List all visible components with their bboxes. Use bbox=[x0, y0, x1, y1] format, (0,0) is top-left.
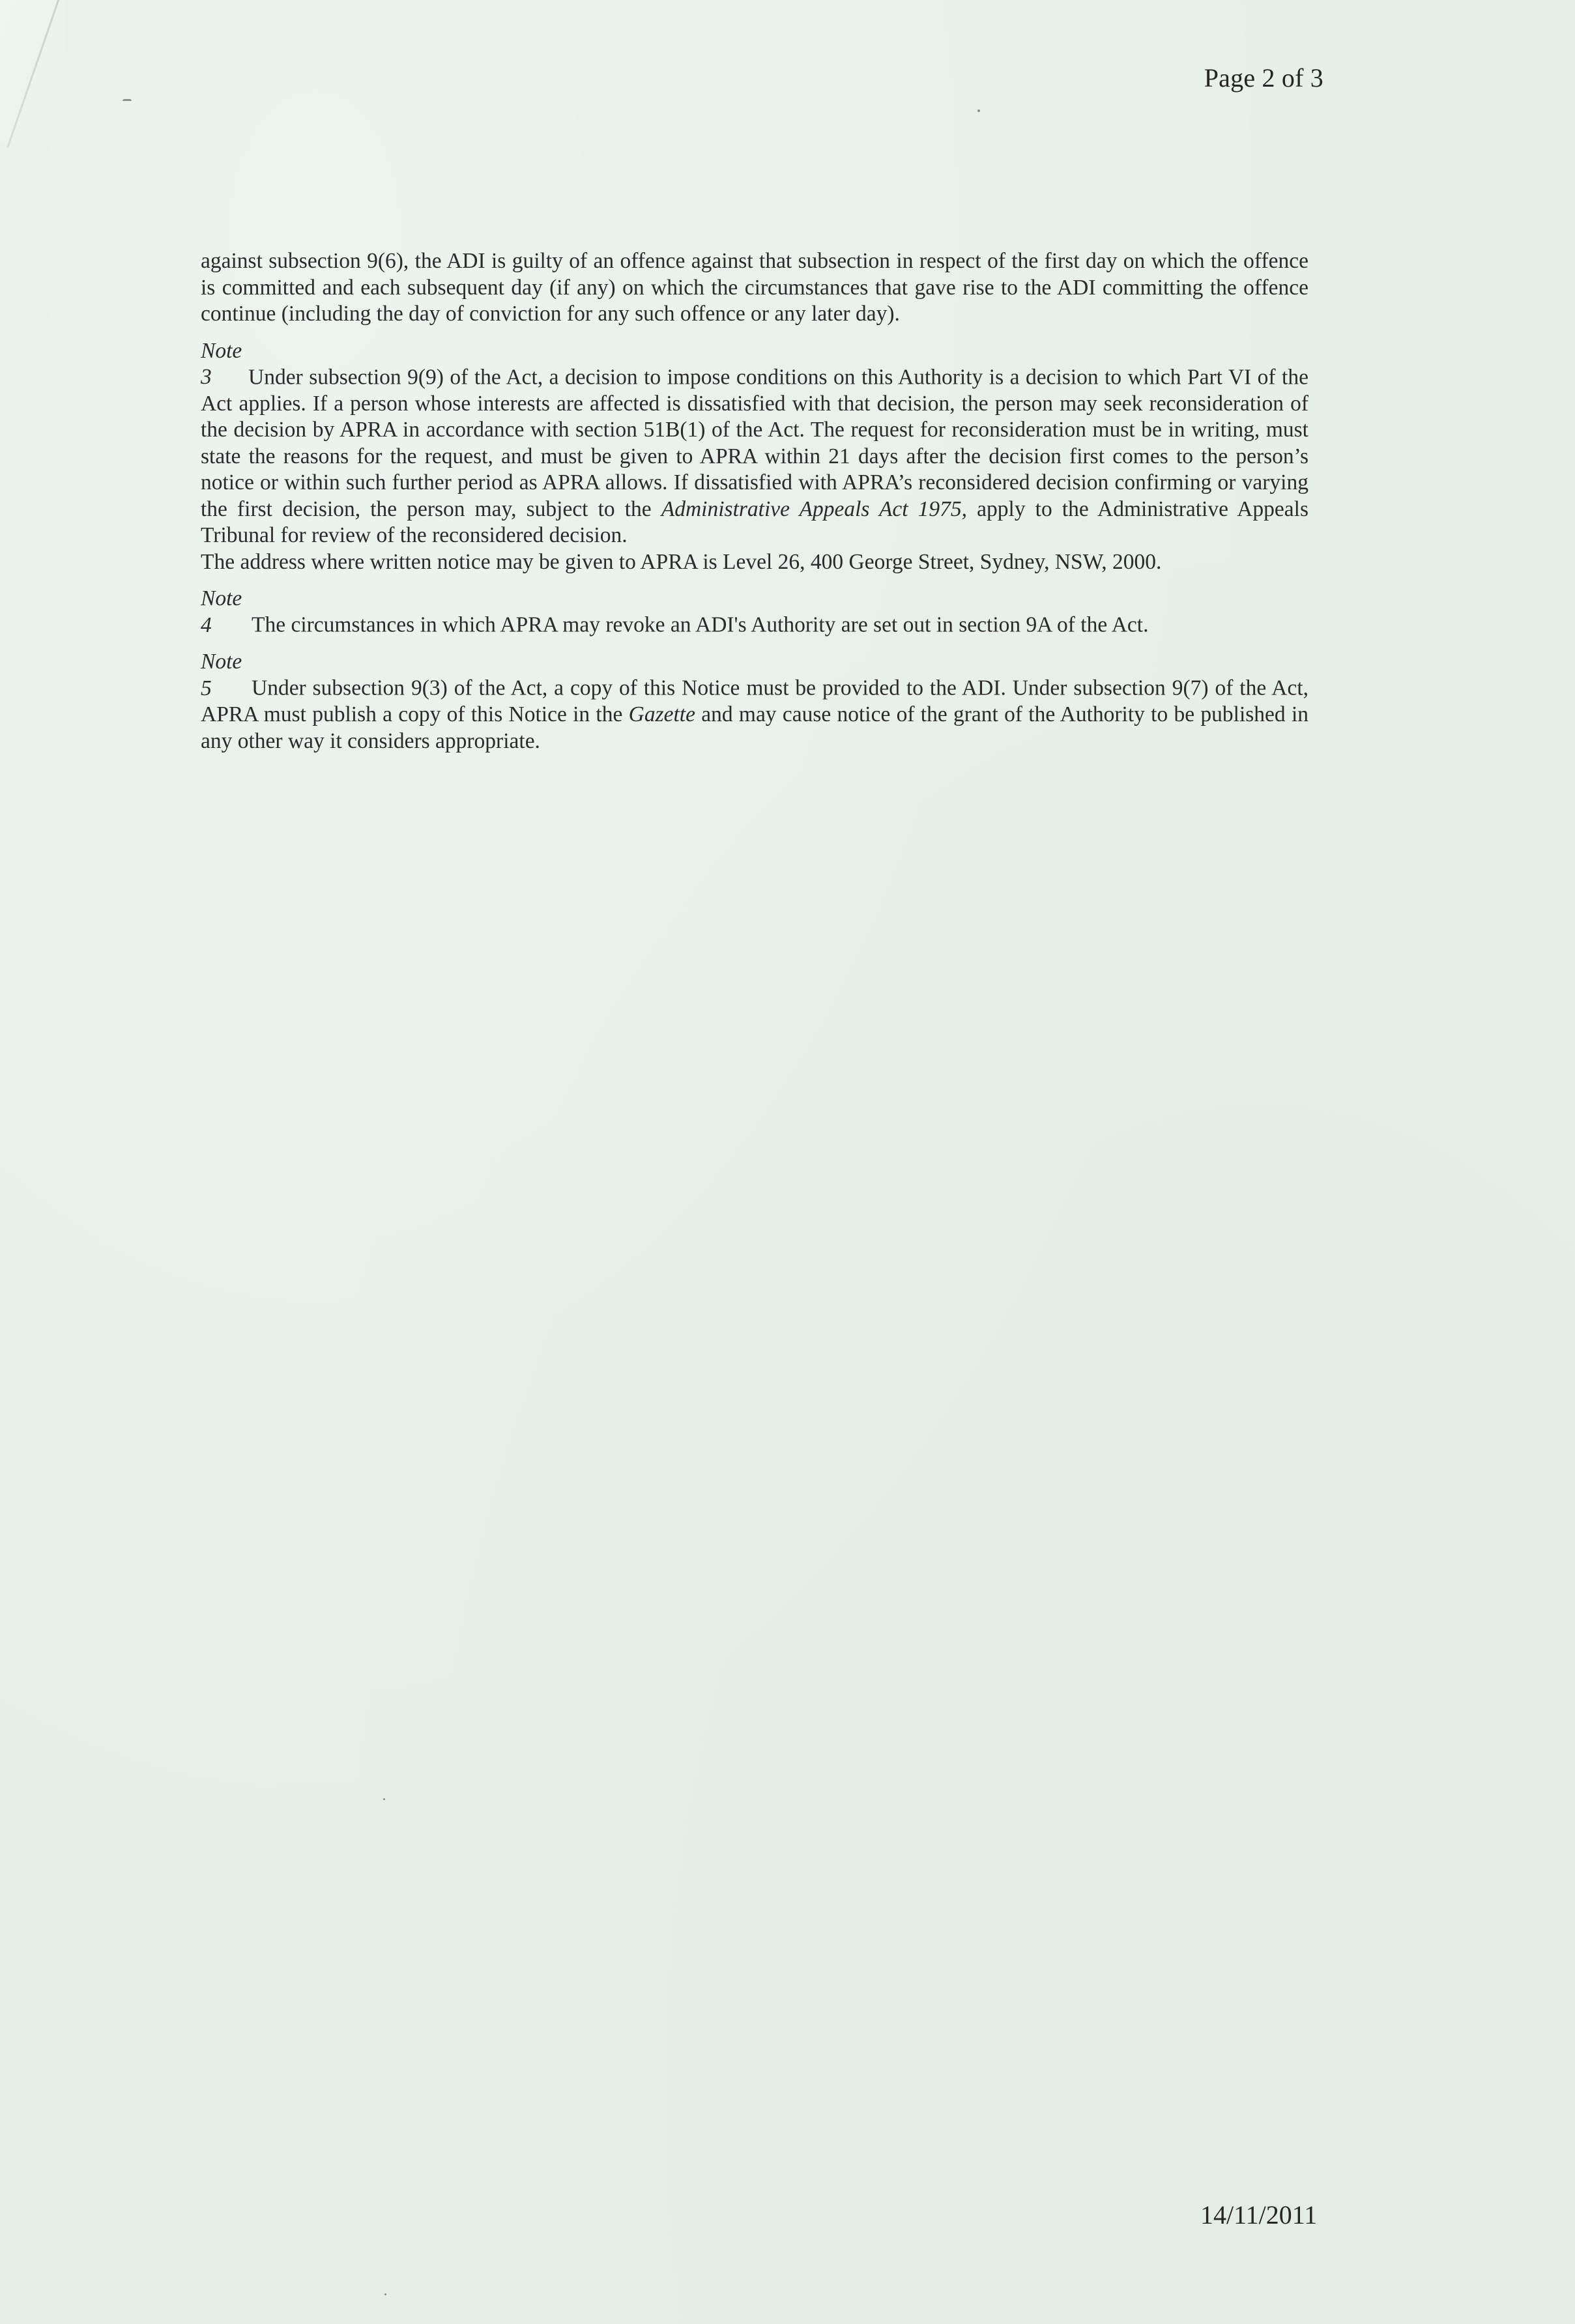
note-4-label: Note 4 bbox=[201, 586, 252, 638]
scan-speck bbox=[384, 2293, 386, 2295]
scan-speck bbox=[123, 99, 132, 101]
act-title: Administrative Appeals Act 1975, bbox=[661, 497, 967, 521]
document-date: 14/11/2011 bbox=[1200, 2200, 1317, 2230]
note-3: Note 3Under subsection 9(9) of the Act, … bbox=[201, 338, 1308, 549]
scan-speck bbox=[977, 109, 980, 112]
note-4: Note 4The circumstances in which APRA ma… bbox=[201, 586, 1308, 638]
note-3-label: Note 3 bbox=[201, 338, 248, 391]
note-5-label: Note 5 bbox=[201, 649, 252, 702]
apra-address: The address where written notice may be … bbox=[201, 549, 1308, 576]
page-indicator: Page 2 of 3 bbox=[1204, 63, 1323, 93]
gazette-title: Gazette bbox=[629, 702, 695, 726]
note-4-text: The circumstances in which APRA may revo… bbox=[252, 613, 1148, 637]
continuation-paragraph: against subsection 9(6), the ADI is guil… bbox=[201, 248, 1308, 328]
document-body: against subsection 9(6), the ADI is guil… bbox=[201, 248, 1308, 765]
note-5: Note 5Under subsection 9(3) of the Act, … bbox=[201, 649, 1308, 754]
scan-speck bbox=[383, 1798, 385, 1800]
